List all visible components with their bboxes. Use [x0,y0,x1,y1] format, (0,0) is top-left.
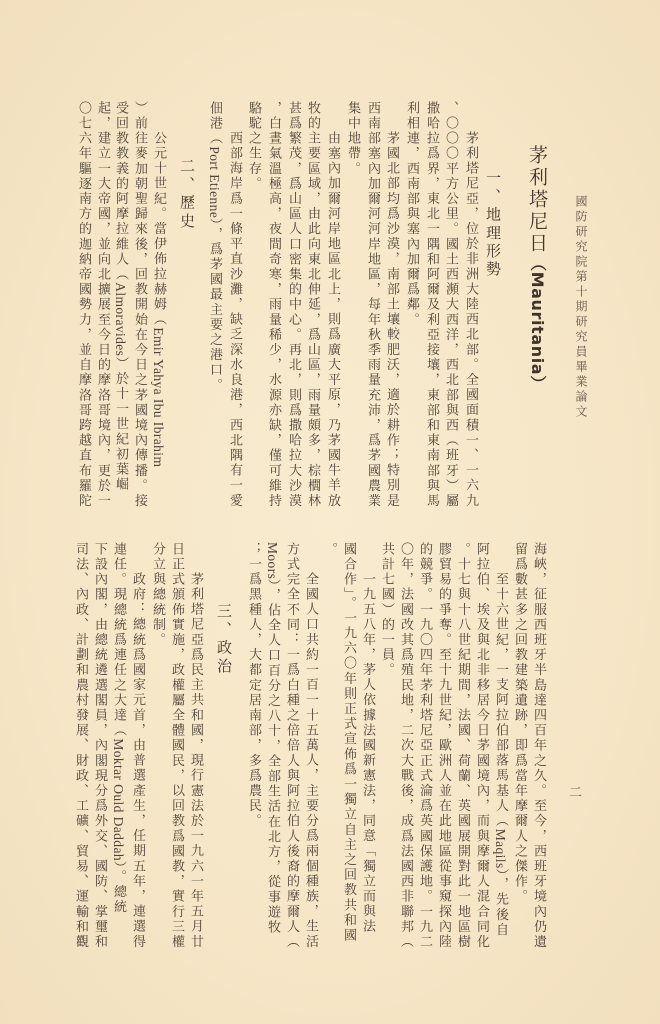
document-page: 國防研究院第十期研究員畢業論文 二 茅利塔尼日（Mauritania） 一、地理… [0,0,660,1024]
text-line: 至十六世紀，一支阿拉伯部落馬基人（Maqils），先後自 [492,542,508,938]
text-line: 、〇〇〇平方公里。國土西瀕大西洋，西北部與西（班牙）屬 [442,101,458,509]
text-line: 甚爲繁茂，爲山區人口密集的中心。再北，則爲撒哈拉大沙漠 [285,101,301,509]
text-line: 。十七與十八世紀期間，法國、荷蘭、英國展開對此一地區樹 [454,542,470,950]
text-line: 方式完全不同：一爲白種之倍倍人與阿拉伯人後裔的摩爾人（ [283,542,299,950]
text-line: 阿拉伯、埃及與北非移居今日茅國境內，而與摩爾人混合同化 [473,542,489,950]
text-line: 膠貿易的爭奪。至十九世紀，歐洲人並在此地區從事窺探內陸 [435,542,451,950]
text-line: 受回教教義的阿摩拉維人（Almoravides）於十一世紀初葉崛 [112,101,128,492]
text-line: 留爲數甚多之回教建築遺跡，即爲當年摩爾人之傑作。 [511,542,527,904]
document-title: 茅利塔尼日（Mauritania） [525,145,549,392]
text-line: 公元十世紀。當伊佈拉赫姆（Emir Yahya Ibu Ibrahim [150,101,166,467]
section-heading-politics: 三、政治 [215,603,233,676]
text-line: 撒哈拉爲界，東北一隅和阿爾及利亞接壤，東部和東南部與馬 [423,101,439,509]
text-line: 茅利塔尼亞，位於非洲大陸西北部。全國面積一、一六九 [462,101,478,509]
text-line: 政府：總統爲國家元首，由普選產生，任期五年，連選得 [129,542,145,950]
text-line: 茅國北部均爲沙漠，南部土壤較肥沃，適於耕作；特別是 [383,101,399,509]
section-heading-geography: 一、地理形勢 [484,170,502,279]
latin-term: Emir Yahya Ibu Ibrahim [151,327,166,467]
latin-term: Maqils [493,829,508,869]
text-line: Moors），佔全人口百分之八十，全部生活在北方，從事遊牧 [264,542,280,935]
text-line: 司法、內政、計劃和農村發展、財政、工礦、貿易、運輸和觀 [72,542,88,950]
text-line: 海峽，征服西班牙半島達四百年之久。至今，西班牙境內仍遺 [530,542,546,950]
running-header: 國防研究院第十期研究員畢業論文 [574,195,588,420]
text-line: 茅利塔尼亞爲民主共和國，現行憲法於一九六一年五月廿 [187,542,203,950]
page-number: 二 [566,785,580,798]
text-line: 。 [321,542,337,557]
text-line: 分立與總統制。 [149,542,165,648]
text-line: 佃港（Port Etienne），爲茅國最主要之港口。 [206,101,222,393]
text-line: 日正式頒佈實施，政權屬全體國民，以回教爲國教，實行三權 [168,542,184,950]
latin-term: Port Etienne [207,146,222,218]
text-line: 西南部塞內加爾河河岸地區，每年秋季雨量充沛，爲茅國農業 [364,101,380,509]
latin-term: Moors [265,542,280,579]
section-heading-history: 二、歷史 [178,158,196,231]
title-latin: （Mauritania） [528,255,547,392]
text-line: 牧的主要區域，由此向東北伸延，爲山區，雨量頗多，棕櫚林 [304,101,320,509]
text-line: 由塞內加爾河岸地區北上，則爲廣大平原，乃茅國牛羊放 [324,101,340,509]
text-line: ，白晝氣溫極高，夜間奇寒，雨量稀少，水源亦缺，僅可維持 [265,101,281,509]
text-line: 集中地帶。 [344,101,360,177]
text-line: 共計七國）的一員。 [378,542,394,678]
text-line: ）前往麥加朝聖歸來後，回教開始在今日之茅國境內傳播。接 [131,101,147,509]
latin-term: Moktar Ould Daddah [111,738,126,861]
text-line: 西部海岸爲一條平直沙灘，缺乏深水良港，西北隅有一愛 [226,101,242,509]
text-line: ；一爲黑種人，大都定居南部，多爲農民。 [245,542,261,829]
text-line: 利相連，西南部與塞內加爾爲鄰。 [403,101,419,328]
text-line: 的競爭。一九〇四年茅利塔尼亞正式淪爲英國保護地。一九二 [416,542,432,950]
latin-term: Almoravides [113,282,128,356]
text-line: 一九五八年，茅人依據法國新憲法，同意「獨立而與法 [359,542,375,934]
text-line: 連任。現總統爲連任之大達（Moktar Ould Daddah）。總統 [110,542,126,915]
text-line: 下設內閣，由總統遴選閣員，內閣現分爲外交、國防、掌璽和 [91,542,107,950]
text-line: 全國人口共約一百一十五萬人，主要分爲兩個種族，生活 [302,542,318,950]
text-line: 〇七六年驅逐南方的迦納帝國勢力，並自摩洛哥跨越直布羅陀 [75,101,91,509]
text-line: 起，建立一大帝國，並向北擴展至今日的摩洛哥境內，更於一 [94,101,110,509]
text-line: 國合作」。一九六〇年則正式宣佈爲一獨立自主之回教共和國 [340,542,356,943]
text-line: 〇年，法國改其爲殖民地，二次大戰後，成爲法國西非聯邦（ [397,542,413,950]
text-line: 駱駝之生存。 [245,101,261,192]
title-chinese: 茅利塔尼日 [526,145,548,255]
